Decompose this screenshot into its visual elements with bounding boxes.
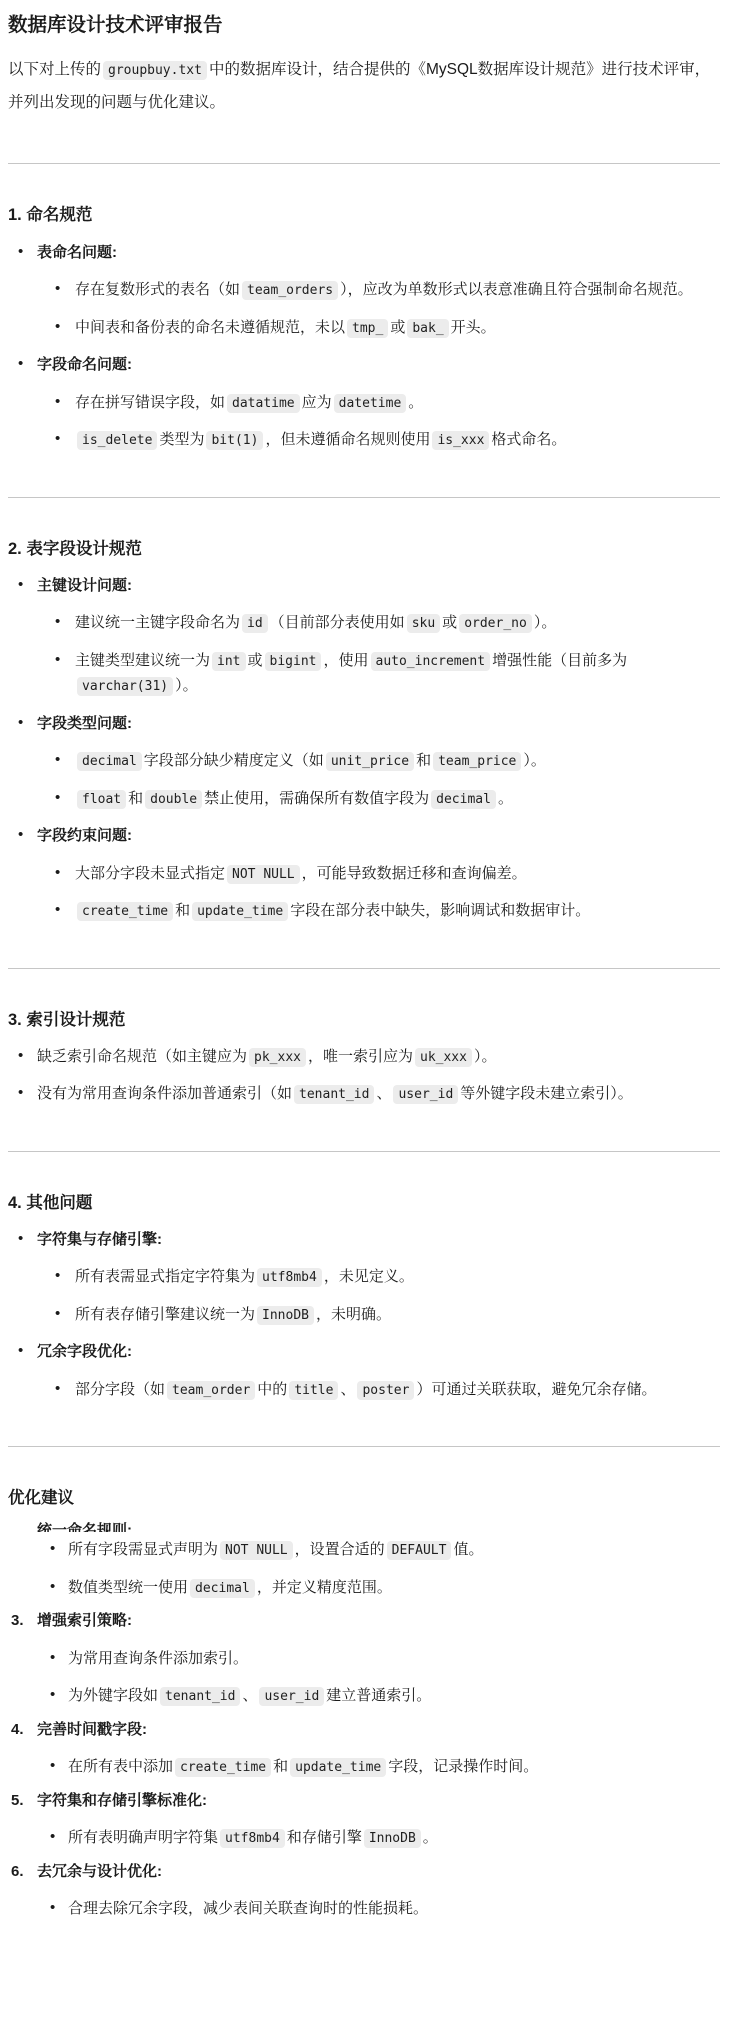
section-heading: 3. 索引设计规范 [8, 1009, 720, 1032]
text-run: 和存储引擎 [287, 1829, 362, 1846]
issue-list: 字符集与存储引擎:所有表需显式指定字符集为utf8mb4，未见定义。所有表存储引… [8, 1227, 720, 1403]
text-run: 或 [442, 614, 457, 631]
recommendation-item: 6.去冗余与设计优化:合理去除冗余字段，减少表间关联查询时的性能损耗。 [8, 1859, 720, 1922]
section-divider [8, 968, 720, 969]
inline-code: tenant_id [160, 1687, 240, 1706]
inline-code: DEFAULT [387, 1541, 452, 1560]
text-run: ）。 [474, 1048, 497, 1065]
recommendation-label: 字符集和存储引擎标准化: [37, 1792, 207, 1809]
inline-code: sku [407, 614, 440, 633]
inline-code: float [77, 790, 126, 809]
inline-code: order_no [459, 614, 532, 633]
text-run: 建议统一主键字段命名为 [75, 614, 240, 631]
issue-list: 主键设计问题:建议统一主键字段命名为id（目前部分表使用如sku或order_n… [8, 573, 720, 924]
text-run: 存在复数形式的表名（如 [75, 281, 240, 298]
inline-code: is_delete [77, 431, 157, 450]
item-number: 5. [11, 1788, 24, 1814]
inline-code: double [145, 790, 202, 809]
section-heading: 2. 表字段设计规范 [8, 538, 720, 561]
text-run: 所有字段需显式声明为 [68, 1541, 218, 1558]
text-run: 大部分字段未显式指定 [75, 865, 225, 882]
recommendation-heading: 3.增强索引策略: [37, 1608, 720, 1634]
text-run: 中间表和备份表的命名未遵循规范，未以 [75, 319, 345, 336]
text-run: 或 [390, 319, 405, 336]
text-run: 中的 [257, 1381, 287, 1398]
text-run: 或 [248, 652, 263, 669]
text-run: ，未明确。 [316, 1306, 391, 1323]
text-run: 值。 [453, 1541, 483, 1558]
text-run: 主键类型建议统一为 [75, 652, 210, 669]
inline-code: InnoDB [257, 1306, 314, 1325]
inline-code: bit(1) [206, 431, 263, 450]
text-run: 、 [340, 1381, 355, 1398]
text-run: 缺乏索引命名规范（如主键应为 [37, 1048, 247, 1065]
recommendation-heading: 5.字符集和存储引擎标准化: [37, 1788, 720, 1814]
recommendation-heading: 4.完善时间戳字段: [37, 1717, 720, 1743]
recommendation-detail-item: 合理去除冗余字段，减少表间关联查询时的性能损耗。 [37, 1896, 720, 1922]
issue-detail-item: 所有表存储引擎建议统一为InnoDB，未明确。 [37, 1302, 720, 1328]
issue-category-item: 表命名问题:存在复数形式的表名（如team_orders），应改为单数形式以表意… [8, 240, 720, 341]
text-run: 类型为 [159, 431, 204, 448]
inline-code: poster [357, 1381, 414, 1400]
text-run: ，未见定义。 [324, 1268, 414, 1285]
text-run: 部分字段（如 [75, 1381, 165, 1398]
text-run: ）。 [175, 677, 198, 694]
inline-code: decimal [431, 790, 496, 809]
inline-code: create_time [175, 1758, 271, 1777]
inline-code: tenant_id [294, 1085, 374, 1104]
text-run: （目前部分表使用如 [270, 614, 405, 631]
text-run: 开头。 [451, 319, 496, 336]
intro-paragraph: 以下对上传的groupbuy.txt中的数据库设计，结合提供的《MySQL数据库… [8, 54, 720, 119]
issue-category-item: 字段类型问题:decimal字段部分缺少精度定义（如unit_price和tea… [8, 711, 720, 812]
recommendation-label: 统一命名规则: [37, 1522, 132, 1532]
recommendation-detail-list: 为常用查询条件添加索引。为外键字段如tenant_id、user_id建立普通索… [37, 1646, 720, 1709]
text-run: 为常用查询条件添加索引。 [68, 1650, 248, 1667]
inline-code: user_id [259, 1687, 324, 1706]
inline-code: groupbuy.txt [103, 61, 207, 80]
inline-code: unit_price [326, 752, 414, 771]
text-run: 存在拼写错误字段，如 [75, 394, 225, 411]
recommendation-label: 增强索引策略: [37, 1612, 132, 1629]
issue-list: 缺乏索引命名规范（如主键应为pk_xxx，唯一索引应为uk_xxx）。没有为常用… [8, 1044, 720, 1107]
inline-code: NOT NULL [220, 1541, 293, 1560]
inline-code: team_order [167, 1381, 255, 1400]
issue-item: 没有为常用查询条件添加普通索引（如tenant_id、user_id等外键字段未… [8, 1081, 720, 1107]
text-run: ）。 [534, 614, 557, 631]
recommendation-detail-item: 所有表明确声明字符集utf8mb4和存储引擎InnoDB。 [37, 1825, 720, 1851]
issue-category-label: 字段命名问题: [37, 356, 132, 373]
issue-detail-item: 主键类型建议统一为int或bigint，使用auto_increment增强性能… [37, 648, 720, 699]
text-run: 应为 [302, 394, 332, 411]
text-run: 增强性能（目前多为 [492, 652, 627, 669]
item-number: 3. [11, 1608, 24, 1634]
text-run: 和 [175, 902, 190, 919]
recommendation-detail-list: 在所有表中添加create_time和update_time字段，记录操作时间。 [37, 1754, 720, 1780]
inline-code: int [212, 652, 245, 671]
section-heading: 1. 命名规范 [8, 204, 720, 227]
inline-code: NOT NULL [227, 865, 300, 884]
sub-issue-list: 部分字段（如team_order中的title、poster）可通过关联获取，避… [37, 1377, 720, 1403]
inline-code: id [242, 614, 268, 633]
inline-code: auto_increment [371, 652, 491, 671]
text-run: 等外键字段未建立索引）。 [460, 1085, 633, 1102]
inline-code: InnoDB [364, 1829, 421, 1848]
sub-issue-list: decimal字段部分缺少精度定义（如unit_price和team_price… [37, 748, 720, 811]
text-run: 、 [376, 1085, 391, 1102]
inline-code: decimal [77, 752, 142, 771]
issue-category-item: 字段约束问题:大部分字段未显式指定NOT NULL，可能导致数据迁移和查询偏差。… [8, 823, 720, 924]
issue-detail-item: 所有表需显式指定字符集为utf8mb4，未见定义。 [37, 1264, 720, 1290]
text-run: 所有表明确声明字符集 [68, 1829, 218, 1846]
inline-code: datatime [227, 394, 300, 413]
issue-category-item: 冗余字段优化:部分字段（如team_order中的title、poster）可通… [8, 1339, 720, 1402]
inline-code: bigint [265, 652, 322, 671]
text-run: 字段，记录操作时间。 [388, 1758, 538, 1775]
text-run: ）可通过关联获取，避免冗余存储。 [416, 1381, 656, 1398]
recommendation-detail-item: 所有字段需显式声明为NOT NULL，设置合适的DEFAULT值。 [37, 1537, 720, 1563]
inline-code: create_time [77, 902, 173, 921]
inline-code: datetime [334, 394, 407, 413]
issue-category-label: 表命名问题: [37, 244, 117, 261]
section-heading: 4. 其他问题 [8, 1192, 720, 1215]
text-run: 合理去除冗余字段，减少表间关联查询时的性能损耗。 [68, 1900, 428, 1917]
issue-category-item: 主键设计问题:建议统一主键字段命名为id（目前部分表使用如sku或order_n… [8, 573, 720, 699]
issue-category-label: 冗余字段优化: [37, 1343, 132, 1360]
issue-detail-item: 中间表和备份表的命名未遵循规范，未以tmp_或bak_开头。 [37, 315, 720, 341]
inline-code: user_id [393, 1085, 458, 1104]
item-number: 4. [11, 1717, 24, 1743]
recommendation-item: 1.统一命名规则:所有字段需显式声明为NOT NULL，设置合适的DEFAULT… [8, 1518, 720, 1600]
recommendation-heading-clipped: 1.统一命名规则: [37, 1518, 720, 1532]
text-run: 和 [416, 752, 431, 769]
issue-detail-item: 存在复数形式的表名（如team_orders），应改为单数形式以表意准确且符合强… [37, 277, 720, 303]
text-run: 为外键字段如 [68, 1687, 158, 1704]
text-run: 字段在部分表中缺失，影响调试和数据审计。 [290, 902, 590, 919]
text-run: ，可能导致数据迁移和查询偏差。 [302, 865, 527, 882]
inline-code: bak_ [407, 319, 448, 338]
issue-detail-item: 大部分字段未显式指定NOT NULL，可能导致数据迁移和查询偏差。 [37, 861, 720, 887]
issue-detail-item: is_delete类型为bit(1)，但未遵循命名规则使用is_xxx格式命名。 [37, 427, 720, 453]
section-divider [8, 1446, 720, 1447]
text-run: 。 [408, 394, 423, 411]
text-run: 。 [498, 790, 513, 807]
text-run: ，但未遵循命名规则使用 [265, 431, 430, 448]
recommendation-detail-item: 在所有表中添加create_time和update_time字段，记录操作时间。 [37, 1754, 720, 1780]
text-run: 和 [273, 1758, 288, 1775]
recommendation-detail-item: 为常用查询条件添加索引。 [37, 1646, 720, 1672]
issue-list: 表命名问题:存在复数形式的表名（如team_orders），应改为单数形式以表意… [8, 240, 720, 453]
inline-code: team_price [433, 752, 521, 771]
sub-issue-list: 存在复数形式的表名（如team_orders），应改为单数形式以表意准确且符合强… [37, 277, 720, 340]
inline-code: tmp_ [347, 319, 388, 338]
issue-category-label: 主键设计问题: [37, 577, 132, 594]
text-run: ）。 [523, 752, 546, 769]
inline-code: utf8mb4 [257, 1268, 322, 1287]
text-run: ，并定义精度范围。 [257, 1579, 392, 1596]
inline-code: varchar(31) [77, 677, 173, 696]
recommendation-item: 3.增强索引策略:为常用查询条件添加索引。为外键字段如tenant_id、use… [8, 1608, 720, 1709]
text-run: 禁止使用，需确保所有数值字段为 [204, 790, 429, 807]
text-run: ，设置合适的 [295, 1541, 385, 1558]
section-heading: 优化建议 [8, 1487, 720, 1510]
inline-code: update_time [192, 902, 288, 921]
inline-code: utf8mb4 [220, 1829, 285, 1848]
text-run: 格式命名。 [491, 431, 566, 448]
recommendation-detail-list: 合理去除冗余字段，减少表间关联查询时的性能损耗。 [37, 1896, 720, 1922]
text-run: 所有表存储引擎建议统一为 [75, 1306, 255, 1323]
text-run: 在所有表中添加 [68, 1758, 173, 1775]
issue-detail-item: 建议统一主键字段命名为id（目前部分表使用如sku或order_no）。 [37, 610, 720, 636]
issue-detail-item: decimal字段部分缺少精度定义（如unit_price和team_price… [37, 748, 720, 774]
text-run: 数值类型统一使用 [68, 1579, 188, 1596]
item-number: 6. [11, 1859, 24, 1885]
text-run: 字段部分缺少精度定义（如 [144, 752, 324, 769]
sub-issue-list: 所有表需显式指定字符集为utf8mb4，未见定义。所有表存储引擎建议统一为Inn… [37, 1264, 720, 1327]
section-divider [8, 163, 720, 164]
recommendation-detail-list: 所有表明确声明字符集utf8mb4和存储引擎InnoDB。 [37, 1825, 720, 1851]
sub-issue-list: 存在拼写错误字段，如datatime应为datetime。is_delete类型… [37, 390, 720, 453]
text-run: ，使用 [323, 652, 368, 669]
section-divider [8, 1151, 720, 1152]
issue-category-label: 字符集与存储引擎: [37, 1231, 162, 1248]
recommendation-detail-item: 数值类型统一使用decimal，并定义精度范围。 [37, 1575, 720, 1601]
inline-code: team_orders [242, 281, 338, 300]
text-run: 以下对上传的 [8, 61, 101, 78]
recommendation-item: 5.字符集和存储引擎标准化:所有表明确声明字符集utf8mb4和存储引擎Inno… [8, 1788, 720, 1851]
text-run: 没有为常用查询条件添加普通索引（如 [37, 1085, 292, 1102]
recommendation-label: 完善时间戳字段: [37, 1721, 147, 1738]
text-run: ），应改为单数形式以表意准确且符合强制命名规范。 [340, 281, 693, 298]
text-run: ，唯一索引应为 [308, 1048, 413, 1065]
issue-detail-item: create_time和update_time字段在部分表中缺失，影响调试和数据… [37, 898, 720, 924]
sub-issue-list: 建议统一主键字段命名为id（目前部分表使用如sku或order_no）。主键类型… [37, 610, 720, 699]
issue-detail-item: 存在拼写错误字段，如datatime应为datetime。 [37, 390, 720, 416]
inline-code: decimal [190, 1579, 255, 1598]
text-run: 所有表需显式指定字符集为 [75, 1268, 255, 1285]
sub-issue-list: 大部分字段未显式指定NOT NULL，可能导致数据迁移和查询偏差。create_… [37, 861, 720, 924]
issue-detail-item: 部分字段（如team_order中的title、poster）可通过关联获取，避… [37, 1377, 720, 1403]
text-run: 。 [423, 1829, 438, 1846]
recommendation-detail-list: 所有字段需显式声明为NOT NULL，设置合适的DEFAULT值。数值类型统一使… [37, 1537, 720, 1600]
issue-category-label: 字段类型问题: [37, 715, 132, 732]
issue-category-label: 字段约束问题: [37, 827, 132, 844]
issue-item: 缺乏索引命名规范（如主键应为pk_xxx，唯一索引应为uk_xxx）。 [8, 1044, 720, 1070]
inline-code: pk_xxx [249, 1048, 306, 1067]
issue-detail-item: float和double禁止使用，需确保所有数值字段为decimal。 [37, 786, 720, 812]
inline-code: is_xxx [432, 431, 489, 450]
inline-code: update_time [290, 1758, 386, 1777]
text-run: 、 [242, 1687, 257, 1704]
recommendation-list: 1.统一命名规则:所有字段需显式声明为NOT NULL，设置合适的DEFAULT… [8, 1518, 720, 1922]
recommendation-label: 去冗余与设计优化: [37, 1863, 162, 1880]
recommendation-heading: 6.去冗余与设计优化: [37, 1859, 720, 1885]
text-run: 和 [128, 790, 143, 807]
issue-category-item: 字符集与存储引擎:所有表需显式指定字符集为utf8mb4，未见定义。所有表存储引… [8, 1227, 720, 1328]
report-document: 数据库设计技术评审报告以下对上传的groupbuy.txt中的数据库设计，结合提… [0, 0, 737, 2032]
report-title: 数据库设计技术评审报告 [8, 12, 720, 38]
issue-category-item: 字段命名问题:存在拼写错误字段，如datatime应为datetime。is_d… [8, 352, 720, 453]
section-divider [8, 497, 720, 498]
text-run: 建立普通索引。 [326, 1687, 431, 1704]
recommendation-item: 4.完善时间戳字段:在所有表中添加create_time和update_time… [8, 1717, 720, 1780]
inline-code: title [289, 1381, 338, 1400]
recommendation-detail-item: 为外键字段如tenant_id、user_id建立普通索引。 [37, 1683, 720, 1709]
inline-code: uk_xxx [415, 1048, 472, 1067]
